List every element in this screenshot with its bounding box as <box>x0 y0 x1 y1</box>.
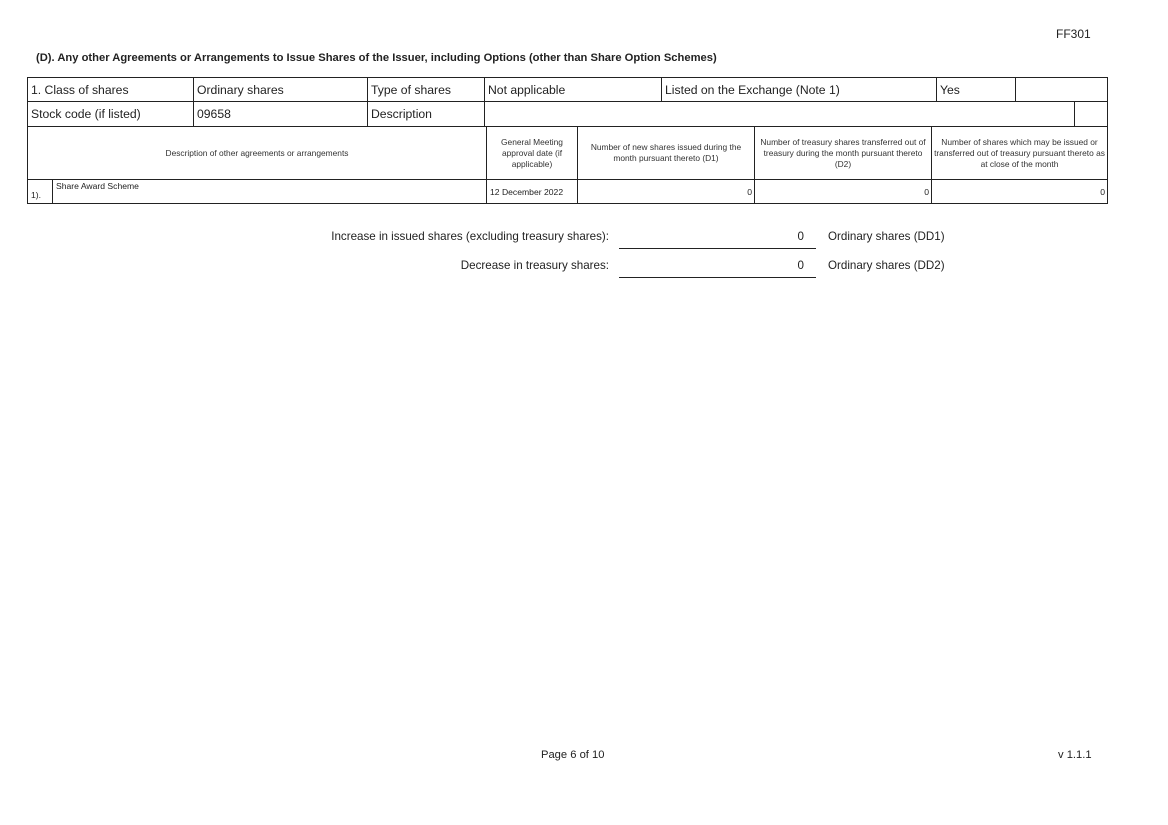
header-treasury-transferred: Number of treasury shares transferred ou… <box>754 126 932 180</box>
listed-label: Listed on the Exchange (Note 1) <box>661 77 937 102</box>
increase-unit: Ordinary shares (DD1) <box>828 230 945 243</box>
form-code: FF301 <box>1056 27 1091 41</box>
increase-label: Increase in issued shares (excluding tre… <box>289 230 609 243</box>
blank-cell <box>1015 77 1108 102</box>
description-value <box>484 101 1075 127</box>
decrease-label: Decrease in treasury shares: <box>289 259 609 272</box>
listed-value: Yes <box>936 77 1016 102</box>
stock-code-label: Stock code (if listed) <box>27 101 194 127</box>
increase-value: 0 <box>764 230 804 243</box>
stock-code-value: 09658 <box>193 101 368 127</box>
header-description: Description of other agreements or arran… <box>27 126 487 180</box>
row-approval-date: 12 December 2022 <box>486 179 578 204</box>
row-treasury-transferred: 0 <box>754 179 932 204</box>
header-may-be-issued: Number of shares which may be issued or … <box>931 126 1108 180</box>
row-description: Share Award Scheme <box>52 179 487 204</box>
class-of-shares-label: 1. Class of shares <box>27 77 194 102</box>
type-of-shares-label: Type of shares <box>367 77 485 102</box>
header-approval-date: General Meeting approval date (if applic… <box>486 126 578 180</box>
description-label: Description <box>367 101 485 127</box>
page-number: Page 6 of 10 <box>541 749 604 761</box>
decrease-value: 0 <box>764 259 804 272</box>
section-title: (D). Any other Agreements or Arrangement… <box>36 52 717 64</box>
type-of-shares-value: Not applicable <box>484 77 662 102</box>
class-of-shares-value: Ordinary shares <box>193 77 368 102</box>
row-may-be-issued: 0 <box>931 179 1108 204</box>
row-new-shares: 0 <box>577 179 755 204</box>
row-index: 1). <box>27 179 53 204</box>
blank-cell <box>1074 101 1108 127</box>
version-label: v 1.1.1 <box>1058 749 1092 761</box>
decrease-unit: Ordinary shares (DD2) <box>828 259 945 272</box>
header-new-shares: Number of new shares issued during the m… <box>577 126 755 180</box>
